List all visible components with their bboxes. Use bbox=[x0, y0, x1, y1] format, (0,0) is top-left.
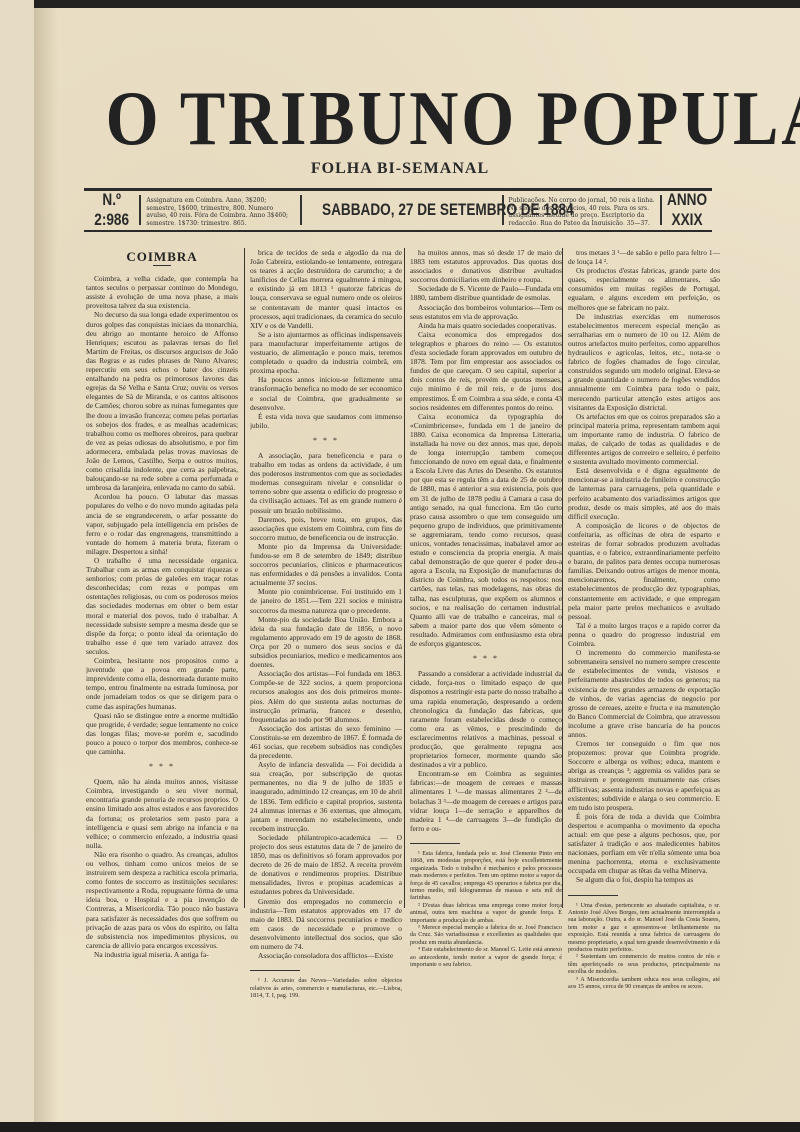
footnote: ⁴ Este estabelecimento do sr. Manoel G. … bbox=[410, 946, 562, 968]
paragraph: Ainda ha mais quatro sociedades cooperat… bbox=[410, 321, 562, 330]
paragraph: Sociedade de S. Vicente de Paulo—Fundada… bbox=[410, 284, 562, 302]
paragraph: Quem, não ha ainda muitos annos, visitas… bbox=[86, 777, 238, 850]
article-title: COIMBRA bbox=[86, 252, 238, 261]
paragraph: Coimbra, a velha cidade, que contempla h… bbox=[86, 274, 238, 310]
paragraph: Passando a considerar a actividade indus… bbox=[410, 669, 562, 769]
paragraph: Asylo de infancia desvalida — Foi decidi… bbox=[250, 760, 402, 833]
paragraph: Está desenvolvida e é digna egualmente d… bbox=[568, 466, 720, 521]
footnote: ¹ J. Accursio das Neves—Variedades sobre… bbox=[250, 977, 402, 999]
paragraph: Os productos d'estas fabricas, grande pa… bbox=[568, 266, 720, 311]
column-3: ha muitos annos, mas só desde 17 de maio… bbox=[410, 248, 562, 1008]
paragraph: Acordou ha pouco. O labutar das massas p… bbox=[86, 492, 238, 556]
paragraph: De industrias exercidas em numerosos est… bbox=[568, 312, 720, 412]
paragraph: Associação consoladora dos afflictos—Exi… bbox=[250, 951, 402, 960]
paragraph: A associação, para beneficencia e para o… bbox=[250, 451, 402, 515]
paragraph: ha muitos annos, mas só desde 17 de maio… bbox=[410, 248, 562, 284]
paragraph: O trabalho é uma necessidade organica. T… bbox=[86, 556, 238, 656]
footnote: ² Sustentam um commercio de muitos conto… bbox=[568, 953, 720, 975]
paragraph: Associação dos artistas—Foi fundada em 1… bbox=[250, 669, 402, 724]
section-separator: * * * bbox=[86, 762, 238, 771]
column-divider bbox=[404, 248, 405, 908]
paragraph: É esta vida nova que saudamos com immens… bbox=[250, 412, 402, 430]
footnote: ¹ Uma d'estas, pertencente ao abastado c… bbox=[568, 902, 720, 954]
section-separator: * * * bbox=[250, 436, 402, 445]
paragraph: brica de tecidos de seda e algodão da ru… bbox=[250, 248, 402, 330]
paragraph: Cremos ter conseguido o fim que nos prop… bbox=[568, 739, 720, 812]
paragraph: A composição de licores e de objectos de… bbox=[568, 521, 720, 621]
binding-gutter bbox=[34, 8, 58, 1122]
paragraph: Monte pio conimbricense. Foi instituido … bbox=[250, 587, 402, 614]
paragraph: Caixa economica dos empregados dos teleg… bbox=[410, 330, 562, 412]
paragraph: tros metaes 3 ¹—de sabão e pello para fe… bbox=[568, 248, 720, 266]
paragraph: Quasi não se distingue entre a enorme mu… bbox=[86, 711, 238, 756]
section-separator: * * * bbox=[410, 654, 562, 663]
paragraph: Gremio dos empregados no commercio e ind… bbox=[250, 897, 402, 952]
footnote: ³ Merece especial menção a fabrica do sr… bbox=[410, 924, 562, 946]
footnote: ¹ Esta fabrica, fundada pelo sr. José Cl… bbox=[410, 850, 562, 902]
masthead-rule-bottom bbox=[84, 230, 712, 232]
paragraph: Se algum dia o foi, despiu ha tempos as bbox=[568, 875, 720, 884]
column-divider bbox=[562, 248, 563, 908]
paragraph: No decurso da sua longa edade experiment… bbox=[86, 310, 238, 492]
column-4: tros metaes 3 ¹—de sabão e pello para fe… bbox=[568, 248, 720, 1008]
footnote-rule bbox=[410, 843, 460, 844]
masthead: O TRIBUNO POPULAR FOLHA BI-SEMANAL bbox=[80, 80, 720, 178]
issue-date: SABBADO, 27 DE SETEMBRO DE 1884 bbox=[322, 200, 482, 220]
masthead-rule-top bbox=[84, 188, 712, 191]
paragraph: Encontram-se em Coimbra as seguintes fab… bbox=[410, 769, 562, 833]
footnote: ² D'estas duas fabricas uma emprega como… bbox=[410, 902, 562, 924]
issue-info-bar: N.º 2:986 Assignatura em Coimbra. Anno, … bbox=[84, 193, 712, 227]
paragraph: Monte-pio da sociedade Boa União. Embora… bbox=[250, 615, 402, 670]
issue-number: N.º 2:986 bbox=[90, 190, 134, 230]
paragraph: Ha poucos annos iniciou-se felizmente um… bbox=[250, 375, 402, 411]
paragraph: Associação dos bombeiros voluntarios—Tem… bbox=[410, 303, 562, 321]
column-1: COIMBRA Coimbra, a velha cidade, que con… bbox=[86, 248, 238, 1008]
paragraph: Sociedade philantropico-academica — O pr… bbox=[250, 833, 402, 897]
footnote-rule bbox=[250, 970, 300, 971]
footnote: ³ A Misericordia tambem educa nos seus c… bbox=[568, 976, 720, 991]
column-divider bbox=[244, 248, 245, 908]
newspaper-subtitle: FOLHA BI-SEMANAL bbox=[80, 160, 720, 178]
scan-border-bottom bbox=[0, 1122, 800, 1132]
column-2: brica de tecidos de seda e algodão da ru… bbox=[250, 248, 402, 1008]
paragraph: Caixa economica da typographia do «Conim… bbox=[410, 412, 562, 648]
paragraph: Se a isto ajuntarmos as officinas indisp… bbox=[250, 330, 402, 375]
newspaper-title: O TRIBUNO POPULAR bbox=[106, 78, 695, 160]
paragraph: Tal é a muito largos traços e a rapido c… bbox=[568, 621, 720, 648]
paragraph: É pois fóra de toda a duvida que Coimbra… bbox=[568, 812, 720, 876]
footnote-rule bbox=[568, 895, 618, 896]
scan-border-top bbox=[34, 0, 800, 8]
paragraph: Os artefactos em que os coiros preparado… bbox=[568, 412, 720, 467]
paragraph: Coimbra, hesitante nos propositos como a… bbox=[86, 656, 238, 711]
paragraph: Monte pio da Imprensa da Universidade: f… bbox=[250, 542, 402, 587]
article-body: COIMBRA Coimbra, a velha cidade, que con… bbox=[86, 248, 722, 1008]
year-volume: ANNO XXIX bbox=[667, 190, 707, 230]
paragraph: O incremento do commercio manifesta-se s… bbox=[568, 648, 720, 739]
paragraph: Associação dos artistas do sexo feminino… bbox=[250, 724, 402, 760]
subscription-box: Assignatura em Coimbra. Anno, 3$200; sem… bbox=[139, 195, 301, 225]
adjacent-page-edge bbox=[0, 0, 35, 1132]
paragraph: Não era risonho o quadro. As creanças, a… bbox=[86, 850, 238, 950]
paragraph: Daremos, pois, breve nota, em grupos, da… bbox=[250, 515, 402, 542]
paragraph: Na industria igual miseria. A antiga fa- bbox=[86, 950, 238, 959]
title-dash bbox=[153, 265, 171, 266]
